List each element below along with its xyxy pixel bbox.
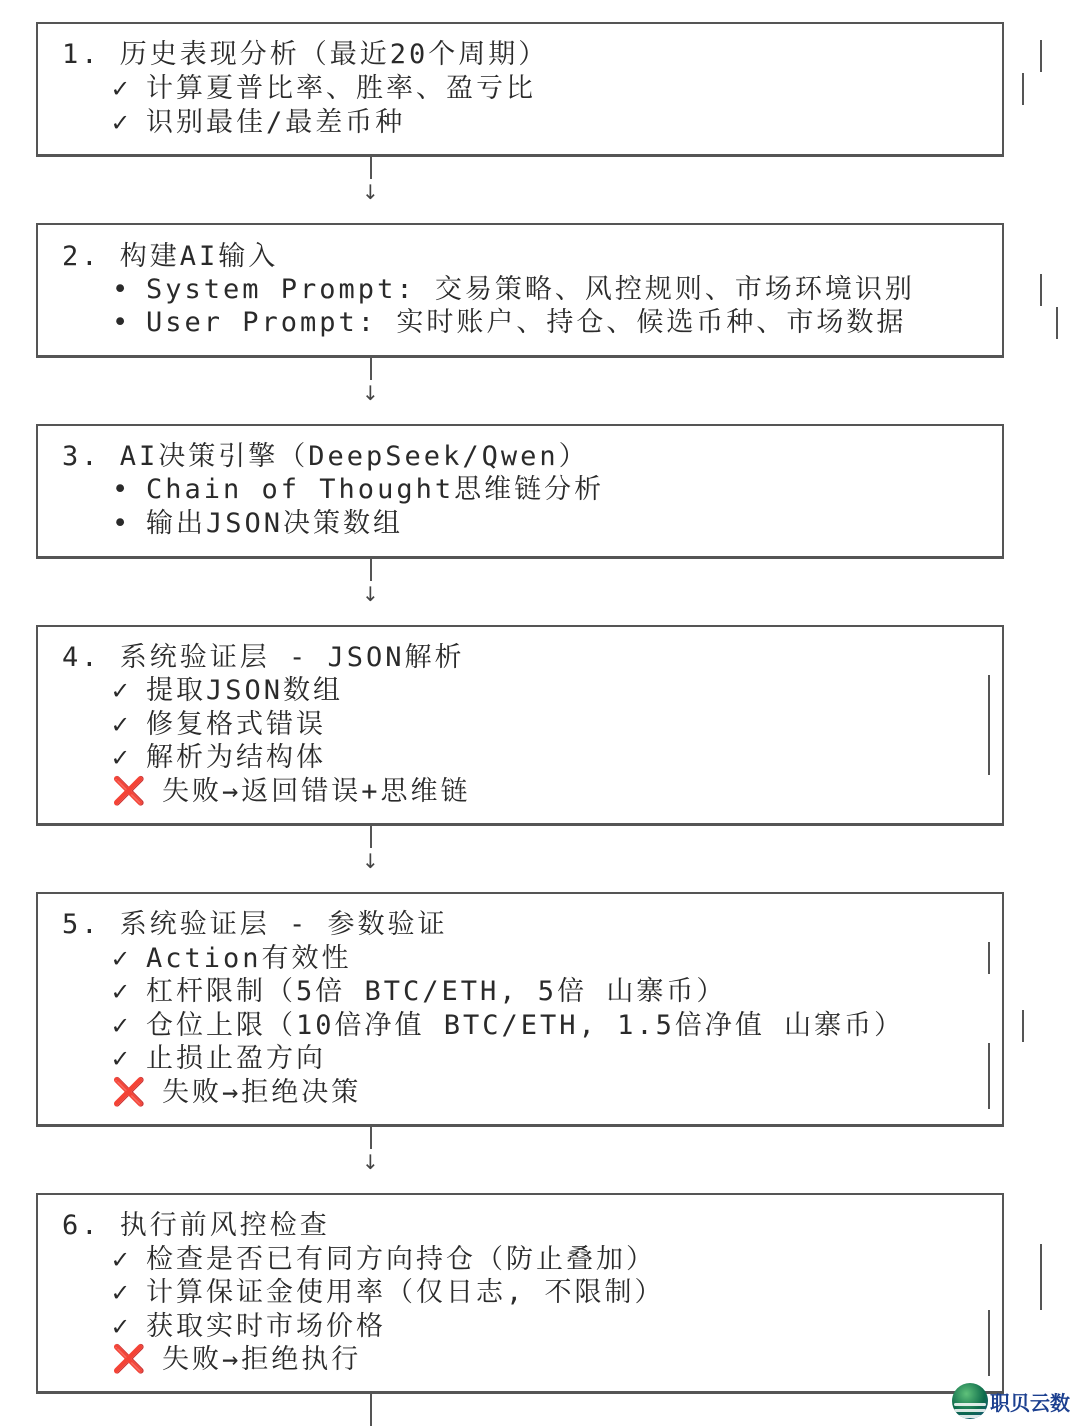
border-fragment bbox=[988, 675, 990, 775]
check-icon: ✓ bbox=[112, 1276, 146, 1310]
connector-line bbox=[370, 826, 372, 848]
border-fragment bbox=[1022, 73, 1024, 105]
step-6-item-3: ✓获取实时市场价格 bbox=[112, 1310, 386, 1344]
border-fragment bbox=[988, 1310, 990, 1376]
step-3-item-1: •Chain of Thought思维链分析 bbox=[112, 473, 604, 507]
check-icon: ✓ bbox=[112, 708, 146, 742]
check-icon: ✓ bbox=[112, 106, 146, 140]
check-icon: ✓ bbox=[112, 1009, 146, 1043]
border-fragment bbox=[1040, 40, 1042, 72]
connector-line bbox=[370, 1394, 372, 1426]
border-fragment bbox=[988, 942, 990, 974]
step-6-item-1: ✓检查是否已有同方向持仓（防止叠加） bbox=[112, 1243, 656, 1277]
bullet-icon: • bbox=[112, 306, 146, 340]
check-icon: ✓ bbox=[112, 1243, 146, 1277]
connector-line bbox=[370, 358, 372, 380]
step-6-item-2: ✓计算保证金使用率（仅日志, 不限制） bbox=[112, 1276, 665, 1310]
step-5-item-4: ✓止损止盈方向 bbox=[112, 1042, 326, 1076]
step-4-item-1: ✓提取JSON数组 bbox=[112, 674, 343, 708]
arrow-down-icon: ↓ bbox=[362, 1150, 379, 1174]
cross-icon: ❌ bbox=[112, 1343, 162, 1377]
check-icon: ✓ bbox=[112, 674, 146, 708]
step-5-item-2: ✓杠杆限制（5倍 BTC/ETH, 5倍 山寨币） bbox=[112, 975, 726, 1009]
step-6-title: 6. 执行前风控检查 bbox=[62, 1209, 330, 1243]
logo-wave-icon bbox=[952, 1383, 988, 1419]
border-fragment bbox=[1056, 307, 1058, 339]
step-5-item-3: ✓仓位上限（10倍净值 BTC/ETH, 1.5倍净值 山寨币） bbox=[112, 1009, 904, 1043]
border-fragment bbox=[1040, 1244, 1042, 1310]
step-1-item-1: ✓计算夏普比率、胜率、盈亏比 bbox=[112, 72, 536, 106]
connector-line bbox=[370, 157, 372, 179]
bullet-icon: • bbox=[112, 507, 146, 541]
step-4-item-2: ✓修复格式错误 bbox=[112, 708, 326, 742]
connector-line bbox=[370, 559, 372, 581]
arrow-down-icon: ↓ bbox=[362, 381, 379, 405]
step-1-title: 1. 历史表现分析（最近20个周期） bbox=[62, 38, 548, 72]
border-fragment bbox=[988, 1043, 990, 1109]
step-5-title: 5. 系统验证层 - 参数验证 bbox=[62, 908, 448, 942]
cross-icon: ❌ bbox=[112, 775, 162, 809]
step-4-item-3: ✓解析为结构体 bbox=[112, 741, 326, 775]
check-icon: ✓ bbox=[112, 1310, 146, 1344]
step-3-item-2: •输出JSON决策数组 bbox=[112, 507, 403, 541]
check-icon: ✓ bbox=[112, 1042, 146, 1076]
step-3-title: 3. AI决策引擎（DeepSeek/Qwen） bbox=[62, 440, 589, 474]
step-2-title: 2. 构建AI输入 bbox=[62, 240, 278, 274]
step-4-item-4: ❌失败→返回错误+思维链 bbox=[112, 775, 471, 809]
arrow-down-icon: ↓ bbox=[362, 849, 379, 873]
check-icon: ✓ bbox=[112, 72, 146, 106]
border-fragment bbox=[1022, 1010, 1024, 1042]
bullet-icon: • bbox=[112, 473, 146, 507]
step-4-title: 4. 系统验证层 - JSON解析 bbox=[62, 641, 465, 675]
step-2-item-1: •System Prompt: 交易策略、风控规则、市场环境识别 bbox=[112, 273, 915, 307]
watermark-logo: 职贝云数 bbox=[952, 1383, 1070, 1419]
check-icon: ✓ bbox=[112, 741, 146, 775]
check-icon: ✓ bbox=[112, 942, 146, 976]
step-2-item-2: •User Prompt: 实时账户、持仓、候选币种、市场数据 bbox=[112, 306, 906, 340]
check-icon: ✓ bbox=[112, 975, 146, 1009]
connector-line bbox=[370, 1127, 372, 1149]
step-6-item-4: ❌失败→拒绝执行 bbox=[112, 1343, 361, 1377]
bullet-icon: • bbox=[112, 273, 146, 307]
step-5-item-1: ✓Action有效性 bbox=[112, 942, 352, 976]
step-5-item-5: ❌失败→拒绝决策 bbox=[112, 1076, 361, 1110]
step-1-item-2: ✓识别最佳/最差币种 bbox=[112, 106, 405, 140]
border-fragment bbox=[1040, 274, 1042, 306]
arrow-down-icon: ↓ bbox=[362, 582, 379, 606]
watermark-text: 职贝云数 bbox=[990, 1387, 1070, 1416]
cross-icon: ❌ bbox=[112, 1076, 162, 1110]
arrow-down-icon: ↓ bbox=[362, 180, 379, 204]
